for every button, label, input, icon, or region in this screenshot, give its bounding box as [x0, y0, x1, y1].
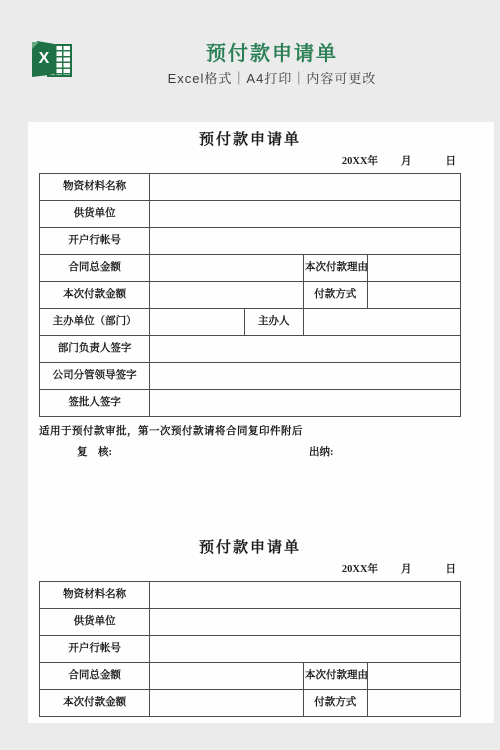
date-month-label: 月: [401, 155, 412, 168]
value-payment-method[interactable]: [367, 282, 460, 309]
excel-icon-letter: X: [39, 51, 50, 67]
table-row: 签批人签字: [40, 390, 461, 417]
excel-icon: X: [32, 41, 72, 77]
review-label: 复 核:: [77, 446, 112, 459]
label-contract-total: 合同总金额: [40, 255, 150, 282]
table-row: 供货单位: [40, 201, 461, 228]
value-contract-total[interactable]: [150, 255, 304, 282]
value-supplier[interactable]: [150, 201, 461, 228]
date-line-2: 20XX年 月 日: [39, 563, 461, 576]
form-title: 预付款申请单: [39, 122, 461, 148]
table-row: 部门负责人签字: [40, 336, 461, 363]
label-payment-reason-2: 本次付款理由: [303, 663, 367, 690]
table-row: 主办单位（部门） 主办人: [40, 309, 461, 336]
date-month-label-2: 月: [401, 563, 412, 576]
excel-icon-fold: [32, 42, 39, 49]
table-row: 合同总金额 本次付款理由: [40, 255, 461, 282]
label-host-unit: 主办单位（部门）: [40, 309, 150, 336]
usage-note: 适用于预付款审批，第一次预付款请将合同复印件附后: [39, 425, 461, 438]
value-payment-amount[interactable]: [150, 282, 304, 309]
page-title: 预付款申请单: [44, 43, 500, 65]
value-bank-account[interactable]: [150, 228, 461, 255]
label-supplier: 供货单位: [40, 201, 150, 228]
label-dept-signature: 部门负责人签字: [40, 336, 150, 363]
value-host-unit[interactable]: [150, 309, 244, 336]
label-material-name-2: 物资材料名称: [40, 582, 150, 609]
label-payment-reason: 本次付款理由: [303, 255, 367, 282]
label-payment-amount: 本次付款金额: [40, 282, 150, 309]
sign-line: 复 核: 出纳:: [39, 446, 461, 459]
value-material-name-2[interactable]: [150, 582, 461, 609]
label-bank-account-2: 开户行帐号: [40, 636, 150, 663]
prepayment-form-table: 物资材料名称 供货单位 开户行帐号 合同总金额 本次付款理由 本次付款金额 付款…: [39, 173, 461, 417]
template-preview-sheet: 预付款申请单 20XX年 月 日 物资材料名称 供货单位 开户行帐号 合同总金额: [28, 122, 494, 723]
table-row: 本次付款金额 付款方式: [40, 690, 461, 717]
label-host-person: 主办人: [244, 309, 303, 336]
table-row: 公司分管领导签字: [40, 363, 461, 390]
label-bank-account: 开户行帐号: [40, 228, 150, 255]
value-dept-signature[interactable]: [150, 336, 461, 363]
label-payment-amount-2: 本次付款金额: [40, 690, 150, 717]
label-contract-total-2: 合同总金额: [40, 663, 150, 690]
table-row: 物资材料名称: [40, 582, 461, 609]
label-material-name: 物资材料名称: [40, 174, 150, 201]
table-row: 开户行帐号: [40, 636, 461, 663]
table-row: 合同总金额 本次付款理由: [40, 663, 461, 690]
value-contract-total-2[interactable]: [150, 663, 304, 690]
label-supplier-2: 供货单位: [40, 609, 150, 636]
table-row: 供货单位: [40, 609, 461, 636]
value-approver-signature[interactable]: [150, 390, 461, 417]
value-bank-account-2[interactable]: [150, 636, 461, 663]
value-material-name[interactable]: [150, 174, 461, 201]
table-row: 开户行帐号: [40, 228, 461, 255]
date-year-label-2: 20XX年: [342, 563, 378, 576]
label-approver-signature: 签批人签字: [40, 390, 150, 417]
value-leader-signature[interactable]: [150, 363, 461, 390]
table-row: 物资材料名称: [40, 174, 461, 201]
value-payment-method-2[interactable]: [367, 690, 460, 717]
table-row: 本次付款金额 付款方式: [40, 282, 461, 309]
value-payment-amount-2[interactable]: [150, 690, 304, 717]
date-day-label-2: 日: [446, 563, 457, 576]
date-line: 20XX年 月 日: [39, 155, 461, 168]
value-host-person[interactable]: [303, 309, 460, 336]
label-leader-signature: 公司分管领导签字: [40, 363, 150, 390]
date-day-label: 日: [446, 155, 457, 168]
date-year-label: 20XX年: [342, 155, 378, 168]
prepayment-form-table-2: 物资材料名称 供货单位 开户行帐号 合同总金额 本次付款理由 本次付款金额 付款…: [39, 581, 461, 717]
form-title-2: 预付款申请单: [39, 541, 461, 556]
label-payment-method-2: 付款方式: [303, 690, 367, 717]
value-payment-reason-2[interactable]: [367, 663, 460, 690]
cashier-label: 出纳:: [309, 446, 334, 459]
value-payment-reason[interactable]: [367, 255, 460, 282]
value-supplier-2[interactable]: [150, 609, 461, 636]
page-header: X 预付款申请单 Excel格式｜A4打印｜内容可更改: [0, 0, 500, 122]
label-payment-method: 付款方式: [303, 282, 367, 309]
page-subtitle: Excel格式｜A4打印｜内容可更改: [44, 72, 500, 86]
